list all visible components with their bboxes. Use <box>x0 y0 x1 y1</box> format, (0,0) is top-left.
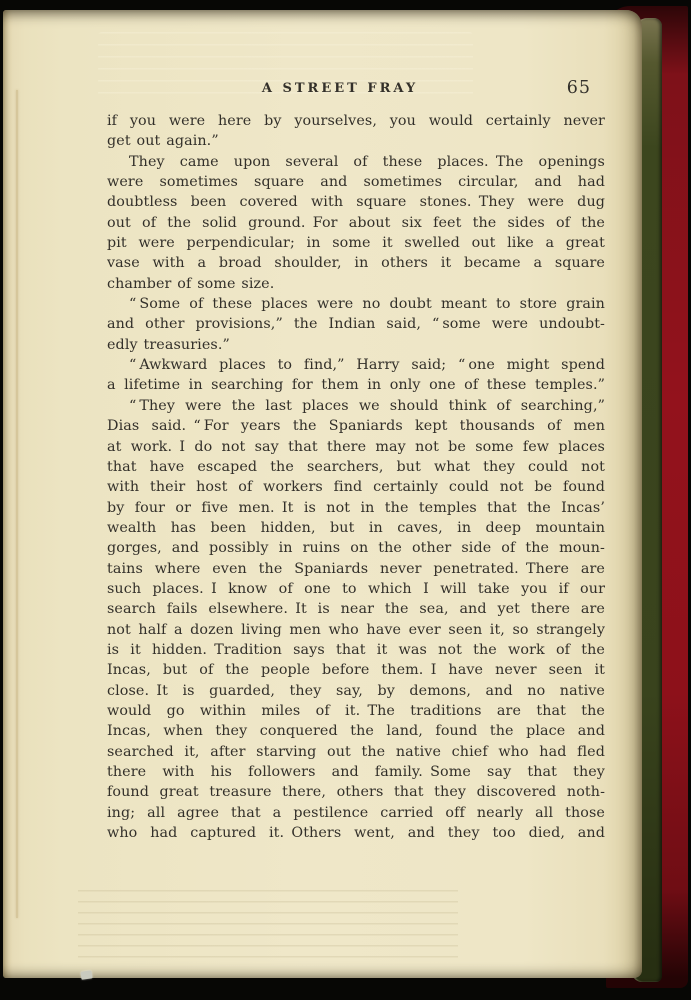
gutter-crease <box>16 90 18 918</box>
chapter-header-title: A STREET FRAY <box>91 78 589 100</box>
text-line: chamber of some size. <box>107 274 605 294</box>
text-line: close. It is guarded, they say, by demon… <box>107 681 605 701</box>
page-edge-glint <box>80 970 92 979</box>
text-line: get out again.” <box>107 131 605 151</box>
text-line: gorges, and possibly in ruins on the oth… <box>107 538 605 558</box>
text-line: pit were perpendicular; in some it swell… <box>107 233 605 253</box>
text-line: found great treasure there, others that … <box>107 782 605 802</box>
text-line: tains where even the Spaniards never pen… <box>107 559 605 579</box>
text-line: Dias said. “ For years the Spaniards kep… <box>107 416 605 436</box>
text-line: with their host of workers find certainl… <box>107 477 605 497</box>
text-line: and other provisions,” the Indian said, … <box>107 314 605 334</box>
text-line: would go within miles of it. The traditi… <box>107 701 605 721</box>
text-line: search fails elsewhere. It is near the s… <box>107 599 605 619</box>
text-line: at work. I do not say that there may not… <box>107 437 605 457</box>
text-line: “ They were the last places we should th… <box>107 396 605 416</box>
text-line: ing; all agree that a pestilence carried… <box>107 803 605 823</box>
text-line: doubtless been covered with square stone… <box>107 192 605 212</box>
running-header: A STREET FRAY 65 <box>107 78 605 100</box>
text-line: wealth has been hidden, but in caves, in… <box>107 518 605 538</box>
text-line: edly treasuries.” <box>107 335 605 355</box>
text-line: that have escaped the searchers, but wha… <box>107 457 605 477</box>
scanned-book-photo: A STREET FRAY 65 if you were here by you… <box>0 0 691 1000</box>
text-line: such places. I know of one to which I wi… <box>107 579 605 599</box>
text-line: “ Awkward places to find,” Harry said; “… <box>107 355 605 375</box>
text-line: by four or five men. It is not in the te… <box>107 498 605 518</box>
text-line: if you were here by yourselves, you woul… <box>107 111 605 131</box>
page-sheet: A STREET FRAY 65 if you were here by you… <box>3 10 642 978</box>
text-line: who had captured it. Others went, and th… <box>107 823 605 843</box>
text-line: They came upon several of these places. … <box>107 152 605 172</box>
text-line: not half a dozen living men who have eve… <box>107 620 605 640</box>
text-line: were sometimes square and sometimes circ… <box>107 172 605 192</box>
page-stack-lines-bottom <box>78 890 458 960</box>
text-line: “ Some of these places were no doubt mea… <box>107 294 605 314</box>
text-line: Incas, when they conquered the land, fou… <box>107 721 605 741</box>
page-number: 65 <box>567 76 591 100</box>
text-line: out of the solid ground. For about six f… <box>107 213 605 233</box>
text-line: searched it, after starving out the nati… <box>107 742 605 762</box>
text-line: Incas, but of the people before them. I … <box>107 660 605 680</box>
text-line: a lifetime in searching for them in only… <box>107 375 605 395</box>
body-text: if you were here by yourselves, you woul… <box>107 111 605 843</box>
text-line: there with his followers and family. Som… <box>107 762 605 782</box>
text-line: vase with a broad shoulder, in others it… <box>107 253 605 273</box>
text-line: is it hidden. Tradition says that it was… <box>107 640 605 660</box>
